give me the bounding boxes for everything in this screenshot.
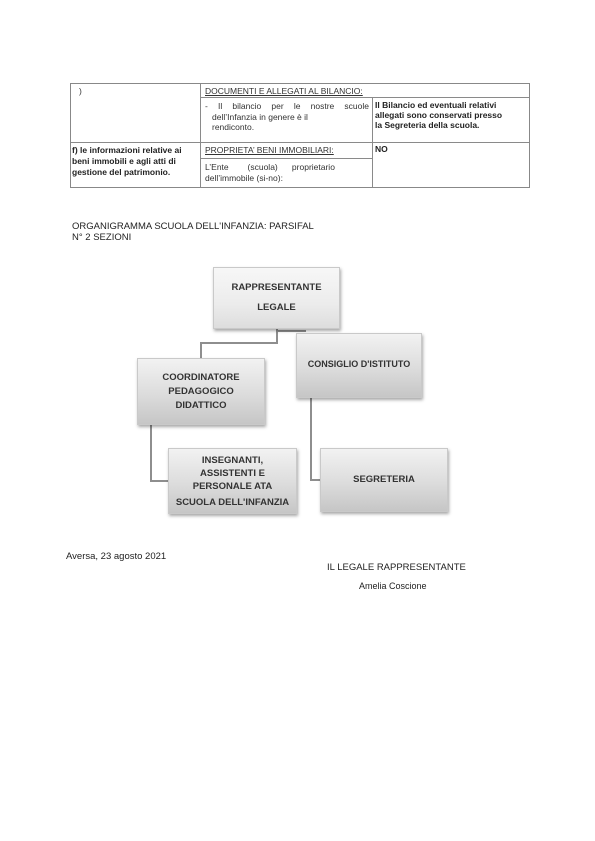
text-line: dell’Infanzia in genere è il [205,112,369,123]
row-label-f: f) le informazioni relative ai beni immo… [72,145,182,178]
text-line: la Segreteria della scuola. [375,120,502,130]
text-line: allegati sono conservati presso [375,110,502,120]
node-text: PERSONALE ATA [193,480,273,493]
info-table: ) DOCUMENTI E ALLEGATI AL BILANCIO: - Il… [70,83,530,188]
node-segreteria: SEGRETERIA [320,448,448,512]
node-text: LEGALE [257,301,296,315]
section-header-proprieta: PROPRIETA’ BENI IMMOBILIARI: [205,145,334,156]
question-bilancio: - Il bilancio per le nostre scuole dell’… [205,101,369,133]
node-text: INSEGNANTI, [202,454,263,467]
orgchart-title: ORGANIGRAMMA SCUOLA DELL'INFANZIA: PARSI… [72,221,314,232]
text-line: rendiconto. [205,122,369,133]
node-text: DIDATTICO [175,399,226,413]
node-text: PEDAGOGICO [168,385,233,399]
question-immobile: L’Ente (scuola) proprietario dell’immobi… [205,162,369,183]
connector [150,425,152,481]
node-text: COORDINATORE [162,371,239,385]
connector [200,342,202,358]
node-insegnanti: INSEGNANTI, ASSISTENTI E PERSONALE ATA S… [168,448,297,514]
text-line: - Il bilancio per le nostre scuole [205,101,369,112]
text-line: dell’immobile (si-no): [205,173,369,184]
signer-title: IL LEGALE RAPPRESENTANTE [327,562,466,573]
section-header-documenti: DOCUMENTI E ALLEGATI AL BILANCIO: [205,86,363,97]
connector [310,398,312,480]
answer-bilancio: Il Bilancio ed eventuali relativi allega… [375,100,502,130]
connector [200,342,278,344]
node-text: SEGRETERIA [353,473,415,487]
node-coordinatore: COORDINATORE PEDAGOGICO DIDATTICO [137,358,265,425]
node-text: ASSISTENTI E [200,467,265,480]
connector [278,330,306,332]
text-line: beni immobili e agli atti di [72,156,182,167]
connector [150,480,170,482]
place-date: Aversa, 23 agosto 2021 [66,551,166,562]
node-text: RAPPRESENTANTE [231,281,321,295]
node-text: SCUOLA DELL'INFANZIA [176,496,289,509]
node-text: CONSIGLIO D'ISTITUTO [308,357,410,371]
table-divider [200,84,201,187]
table-divider [200,158,372,159]
text-line: f) le informazioni relative ai [72,145,182,156]
signer-name: Amelia Coscione [359,581,427,591]
text-line: L’Ente (scuola) proprietario [205,162,369,173]
answer-immobile: NO [375,144,388,155]
node-consiglio-istituto: CONSIGLIO D'ISTITUTO [296,333,422,398]
node-rappresentante-legale: RAPPRESENTANTE LEGALE [213,267,340,329]
orgchart-subtitle: N° 2 SEZIONI [72,232,131,243]
table-divider [71,142,529,143]
table-divider [200,97,529,98]
text-line: Il Bilancio ed eventuali relativi [375,100,502,110]
text-line: gestione del patrimonio. [72,167,182,178]
row-label: ) [79,86,82,97]
